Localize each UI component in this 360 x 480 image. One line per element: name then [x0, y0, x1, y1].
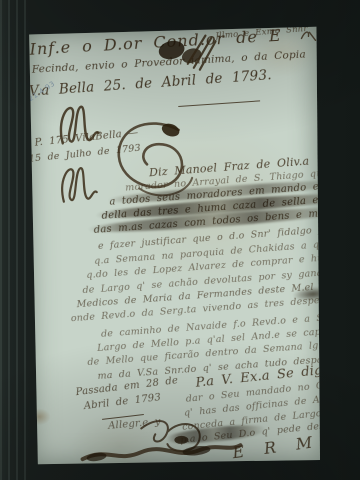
dateline-underline [178, 100, 260, 107]
ink-blot-icon [153, 33, 219, 74]
backdrop-texture [0, 0, 26, 480]
rubric-bottom-icon [53, 161, 106, 206]
corner-mark-icon [299, 28, 317, 42]
photo-backdrop: Jllmo e Exmo Snhr Inf.e o D.or Cond.or d… [0, 0, 360, 480]
manuscript-page: Jllmo e Exmo Snhr Inf.e o D.or Cond.or d… [27, 26, 322, 465]
erm-flourish-icon [231, 456, 341, 480]
